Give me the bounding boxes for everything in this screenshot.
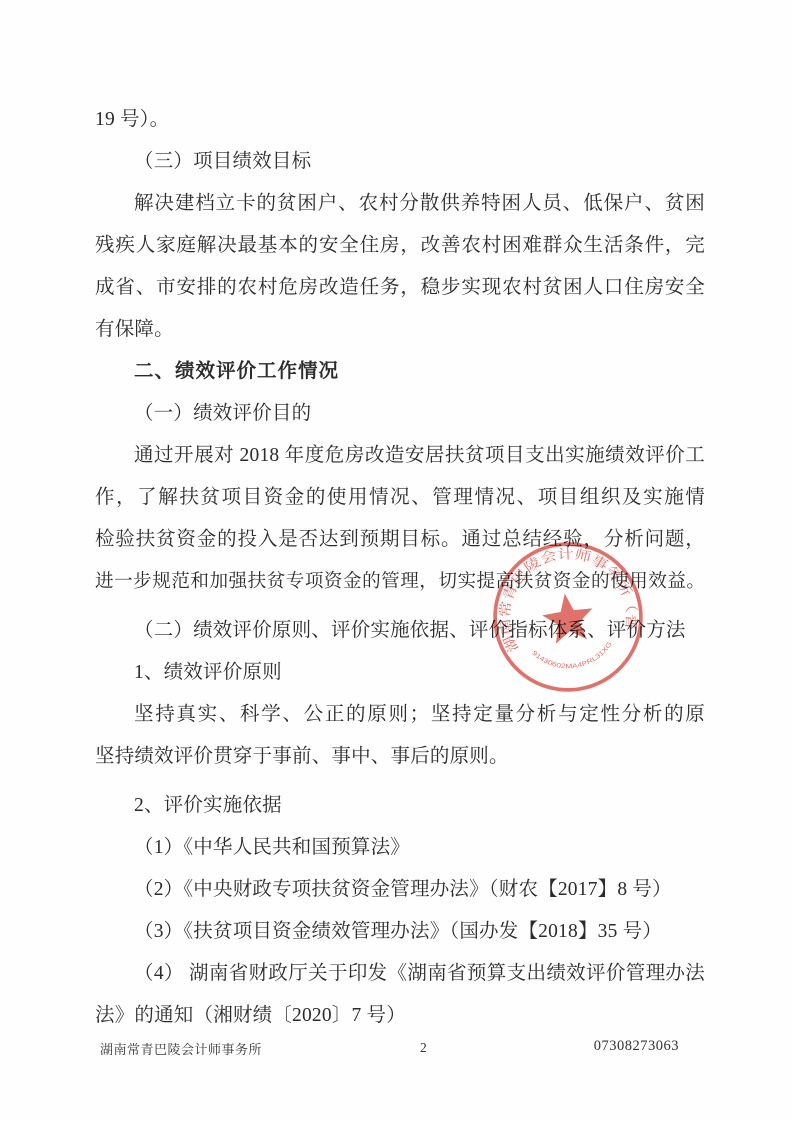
text-line: 有保障。 [95, 309, 705, 351]
footer-page-number: 2 [420, 1040, 427, 1056]
text-line: （4） 湖南省财政厅关于印发《湖南省预算支出绩效评价管理办法 [95, 953, 705, 995]
company-seal-stamp: 湖南常青巴陵会计师事务所（普通合伙） 91430602MA4PRL31XG [481, 530, 655, 704]
text-line: 解决建档立卡的贫困户、农村分散供养特困人员、低保户、贫困 [95, 183, 705, 225]
footer-firm-name: 湖南常青巴陵会计师事务所 [100, 1039, 262, 1058]
page-footer: 湖南常青巴陵会计师事务所 2 07308273063 [0, 1036, 793, 1058]
star-icon [540, 590, 597, 645]
text-line: 坚持真实、科学、公正的原则；坚持定量分析与定性分析的原则； [95, 694, 705, 736]
footer-code: 07308273063 [594, 1038, 679, 1055]
text-line: （2）《中央财政专项扶贫资金管理办法》（财农【2017】8 号） [95, 869, 705, 911]
text-line: 残疾人家庭解决最基本的安全住房，改善农村困难群众生活条件，完 [95, 225, 705, 267]
text-line: 坚持绩效评价贯穿于事前、事中、事后的原则。 [95, 736, 705, 778]
text-line: （三）项目绩效目标 [95, 141, 705, 183]
text-line: 二、绩效评价工作情况 [95, 351, 705, 393]
text-line: 成省、市安排的农村危房改造任务，稳步实现农村贫困人口住房安全 [95, 267, 705, 309]
text-line: 法》的通知（湘财绩〔2020〕7 号） [95, 995, 705, 1037]
text-line: 作，了解扶贫项目资金的使用情况、管理情况、项目组织及实施情况， [95, 477, 705, 519]
text-line: （3）《扶贫项目资金绩效管理办法》（国办发【2018】35 号） [95, 911, 705, 953]
text-line: 19 号）。 [95, 99, 705, 141]
text-line: （一）绩效评价目的 [95, 393, 705, 435]
text-line: （1）《中华人民共和国预算法》 [95, 827, 705, 869]
document-page: 19 号）。（三）项目绩效目标解决建档立卡的贫困户、农村分散供养特困人员、低保户… [0, 0, 793, 1121]
seal-code-text: 91430602MA4PRL31XG [530, 639, 617, 676]
text-line: 2、评价实施依据 [95, 785, 705, 827]
text-line: 通过开展对 2018 年度危房改造安居扶贫项目支出实施绩效评价工 [95, 435, 705, 477]
